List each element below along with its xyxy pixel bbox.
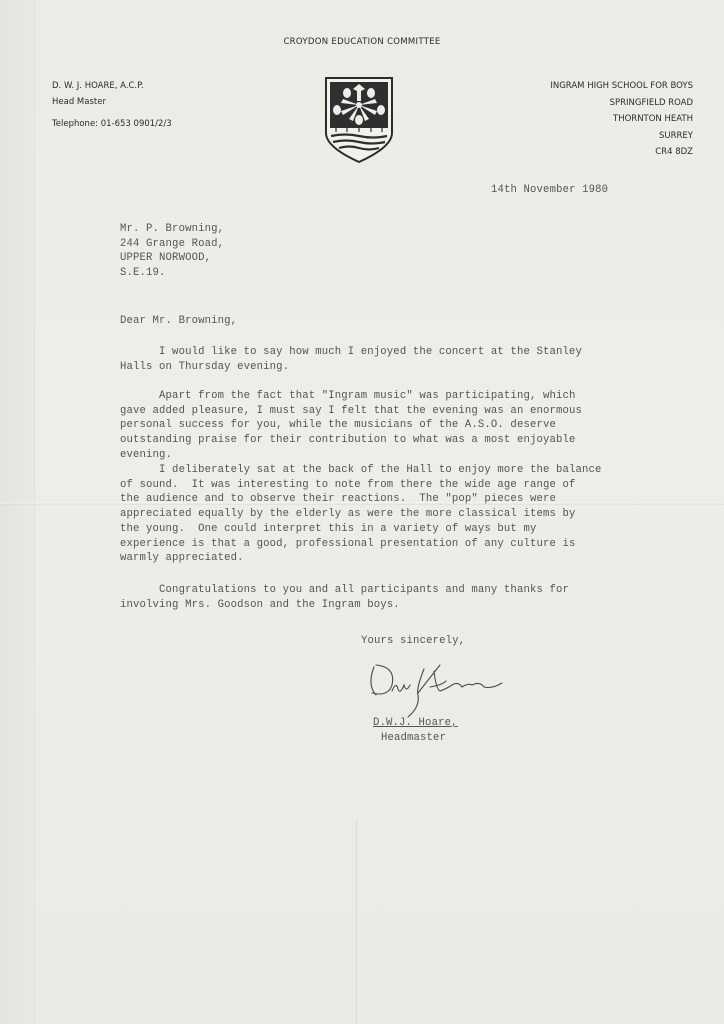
letterhead-right: INGRAM HIGH SCHOOL FOR BOYS SPRINGFIELD … [550,78,693,161]
body-paragraph: I deliberately sat at the back of the Ha… [120,463,602,566]
headmaster-name: D. W. J. HOARE, A.C.P. [52,78,172,94]
recipient-district: UPPER NORWOOD, [120,251,224,266]
signatory-title: Headmaster [381,732,446,744]
letter-page: CROYDON EDUCATION COMMITTEE D. W. J. HOA… [0,0,724,1024]
recipient-address: Mr. P. Browning, 244 Grange Road, UPPER … [120,222,224,280]
school-postcode: CR4 8DZ [550,144,693,161]
body-paragraph: Congratulations to you and all participa… [120,583,569,612]
school-town: THORNTON HEATH [550,111,693,128]
letterhead-left: D. W. J. HOARE, A.C.P. Head Master Telep… [52,78,172,132]
body-paragraph: I would like to say how much I enjoyed t… [120,345,582,374]
salutation: Dear Mr. Browning, [120,315,237,327]
recipient-street: 244 Grange Road, [120,237,224,252]
school-county: SURREY [550,128,693,145]
school-street: SPRINGFIELD ROAD [550,95,693,112]
signatory-name: D.W.J. Hoare, [373,717,458,729]
school-name: INGRAM HIGH SCHOOL FOR BOYS [550,78,693,95]
telephone: Telephone: 01-653 0901/2/3 [52,116,172,132]
body-paragraph: Apart from the fact that "Ingram music" … [120,389,582,463]
recipient-postcode: S.E.19. [120,266,224,281]
handwritten-signature-icon [362,655,532,725]
paper-crease [356,820,357,1024]
recipient-name: Mr. P. Browning, [120,222,224,237]
school-crest-icon [323,75,395,165]
letter-date: 14th November 1980 [491,184,608,196]
committee-heading: CROYDON EDUCATION COMMITTEE [0,37,724,47]
closing: Yours sincerely, [361,635,465,647]
headmaster-role: Head Master [52,94,172,110]
